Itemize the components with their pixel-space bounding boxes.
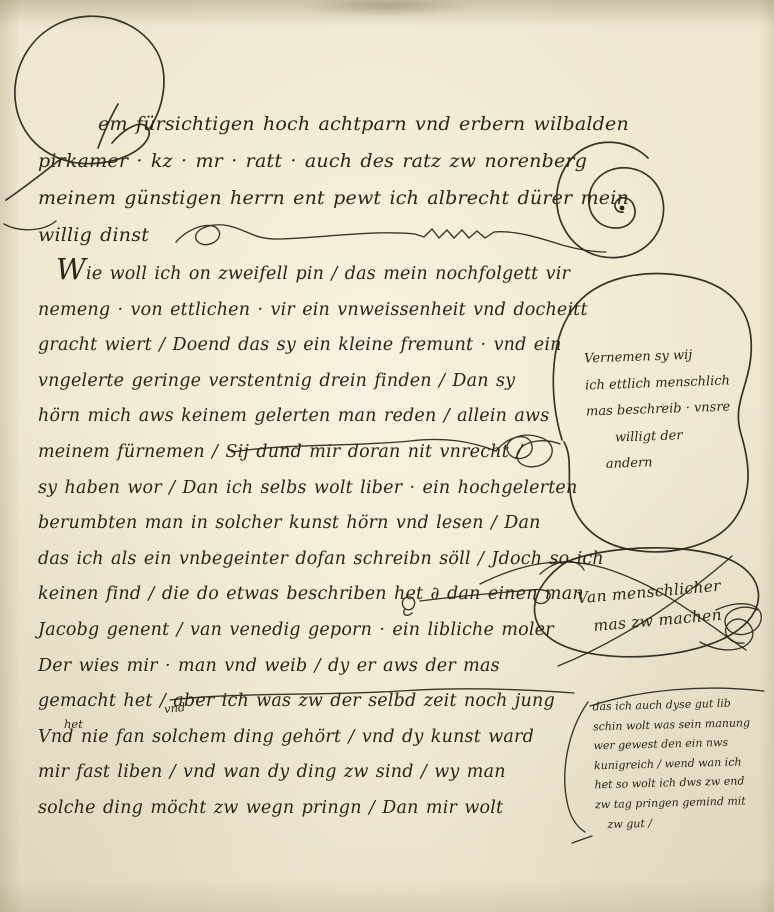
interlinear-insertion-het: het: [64, 718, 83, 730]
body-line: solche ding möcht zw wegn pringn / Dan m…: [38, 791, 604, 827]
body-line: vngelerte geringe verstentnig drein find…: [38, 364, 604, 400]
margin-note-line: mas beschreib · vnsre: [586, 394, 732, 426]
body-line: berumbten man in solcher kunst hörn vnd …: [38, 506, 604, 542]
dedication-line: meinem günstigen herrn ent pewt ich albr…: [38, 180, 629, 217]
body-line: sy haben wor / Dan ich selbs wolt liber …: [38, 471, 604, 507]
body-line: meinem fürnemen / Sij dund mir doran nit…: [38, 435, 604, 471]
note3-arrow-stroke: [572, 836, 592, 843]
margin-note-line: andern: [587, 447, 733, 479]
body-line: nemeng · von ettlichen · vir ein vnweiss…: [38, 293, 604, 329]
body-line: Jacobg genent / van venedig geporn · ein…: [38, 613, 604, 649]
manuscript-page: em fürsichtigen hoch achtparn vnd erbern…: [0, 0, 774, 912]
margin-note-1: Vernemen sy wij ich ettlich menschlich m…: [584, 342, 733, 479]
body-line: gracht wiert / Doend das sy ein kleine f…: [38, 328, 604, 364]
body-line: Wie woll ich on zweifell pin / das mein …: [38, 252, 604, 293]
interlinear-insertion-vnd: vnd: [163, 701, 185, 715]
body-text-block: Wie woll ich on zweifell pin / das mein …: [38, 252, 604, 827]
dedication-line: em fürsichtigen hoch achtparn vnd erbern…: [38, 106, 629, 143]
body-line: mir fast liben / vnd wan dy ding zw sind…: [38, 755, 604, 791]
body-line: hörn mich aws keinem gelerten man reden …: [38, 399, 604, 435]
body-line: das ich als ein vnbegeinter dofan schrei…: [38, 542, 604, 578]
margin-note-3: das ich auch dyse gut lib schin wolt was…: [592, 693, 774, 835]
body-line: Vnd nie fan solchem ding gehört / vnd dy…: [38, 720, 604, 756]
body-line: gemacht het / aber ich was zw der selbd …: [38, 684, 604, 720]
body-line: keinen find / die do etwas beschriben he…: [38, 577, 604, 613]
body-line: Der wies mir · man vnd weib / dy er aws …: [38, 649, 604, 685]
dedication-line: pirkamer · kz · mr · ratt · auch des rat…: [38, 143, 629, 180]
dedication-line: willig dinst: [38, 217, 629, 254]
dedication-block: em fürsichtigen hoch achtparn vnd erbern…: [38, 106, 629, 254]
